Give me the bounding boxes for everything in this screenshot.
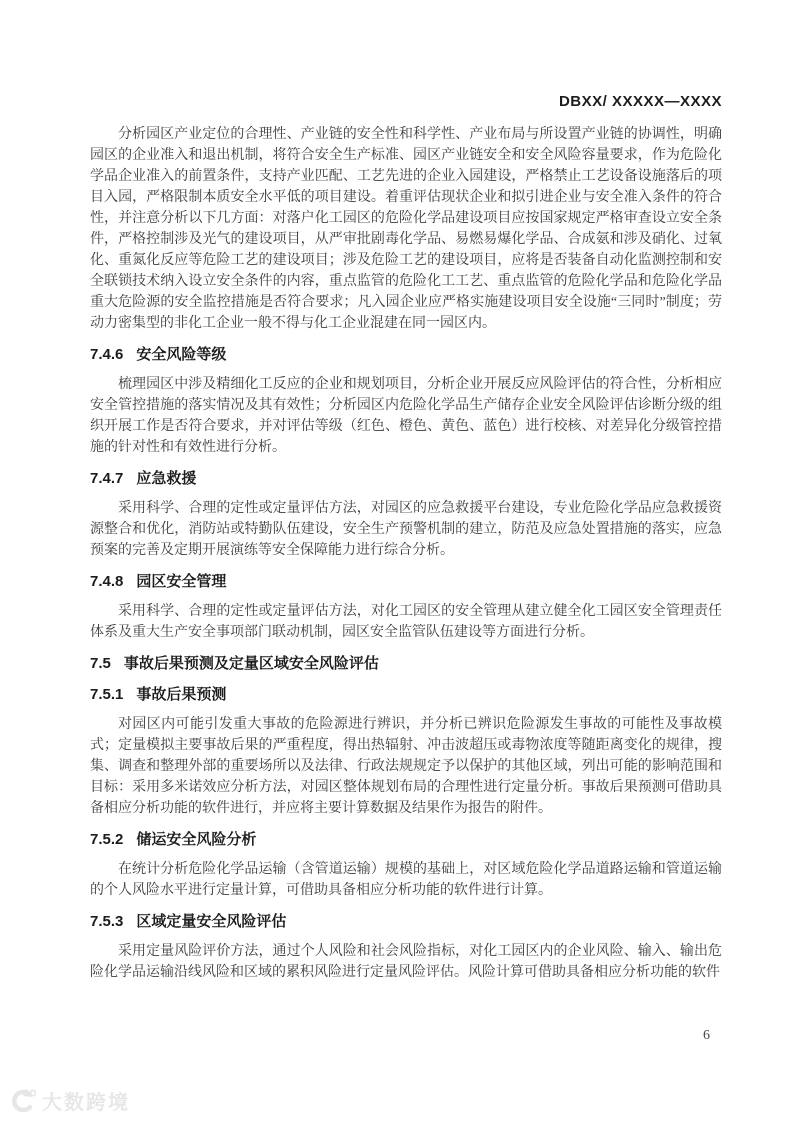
section-title: 应急救援: [136, 470, 196, 487]
section-title: 事故后果预测及定量区域安全风险评估: [124, 655, 379, 672]
section-heading: 7.4.7应急救援: [90, 469, 722, 489]
section-heading: 7.4.8园区安全管理: [90, 572, 722, 592]
section-7-4-7: 7.4.7应急救援 采用科学、合理的定性或定量评估方法，对园区的应急救援平台建设…: [90, 469, 722, 561]
section-heading: 7.5.1事故后果预测: [90, 685, 722, 705]
section-number: 7.5.3: [90, 913, 123, 930]
section-number: 7.5.2: [90, 831, 123, 848]
section-heading: 7.5.3区域定量安全风险评估: [90, 912, 722, 932]
section-heading: 7.5事故后果预测及定量区域安全风险评估: [90, 654, 722, 674]
section-title: 安全风险等级: [136, 346, 226, 363]
section-heading: 7.5.2储运安全风险分析: [90, 830, 722, 850]
section-paragraph: 采用科学、合理的定性或定量评估方法，对化工园区的安全管理从建立健全化工园区安全管…: [90, 601, 722, 643]
section-7-5-2: 7.5.2储运安全风险分析 在统计分析危险化学品运输（含管道运输）规模的基础上，…: [90, 830, 722, 901]
section-7-4-8: 7.4.8园区安全管理 采用科学、合理的定性或定量评估方法，对化工园区的安全管理…: [90, 572, 722, 643]
section-paragraph: 采用科学、合理的定性或定量评估方法，对园区的应急救援平台建设，专业危险化学品应急…: [90, 498, 722, 561]
document-content: 分析园区产业定位的合理性、产业链的安全性和科学性、产业布局与所设置产业链的协调性…: [90, 124, 722, 983]
section-number: 7.5: [90, 655, 111, 672]
watermark-logo-icon: [10, 1088, 36, 1114]
watermark: 大数跨境: [10, 1086, 130, 1115]
section-paragraph: 梳理园区中涉及精细化工反应的企业和规划项目，分析企业开展反应风险评估的符合性，分…: [90, 374, 722, 458]
watermark-text: 大数跨境: [42, 1086, 130, 1115]
page-number: 6: [703, 1028, 710, 1044]
intro-paragraph: 分析园区产业定位的合理性、产业链的安全性和科学性、产业布局与所设置产业链的协调性…: [90, 124, 722, 334]
section-number: 7.4.8: [90, 573, 123, 590]
section-7-5-1: 7.5.1事故后果预测 对园区内可能引发重大事故的危险源进行辨识，并分析已辨识危…: [90, 685, 722, 819]
section-heading: 7.4.6安全风险等级: [90, 345, 722, 365]
document-page: DBXX/ XXXXX—XXXX 分析园区产业定位的合理性、产业链的安全性和科学…: [0, 0, 793, 1122]
section-title: 园区安全管理: [136, 573, 226, 590]
section-paragraph: 对园区内可能引发重大事故的危险源进行辨识，并分析已辨识危险源发生事故的可能性及事…: [90, 714, 722, 819]
standard-code-header: DBXX/ XXXXX—XXXX: [559, 93, 722, 110]
section-paragraph: 在统计分析危险化学品运输（含管道运输）规模的基础上，对区域危险化学品道路运输和管…: [90, 859, 722, 901]
section-title: 事故后果预测: [136, 686, 226, 703]
section-title: 区域定量安全风险评估: [136, 913, 286, 930]
section-paragraph: 采用定量风险评价方法，通过个人风险和社会风险指标，对化工园区内的企业风险、输入、…: [90, 941, 722, 983]
section-7-5-3: 7.5.3区域定量安全风险评估 采用定量风险评价方法，通过个人风险和社会风险指标…: [90, 912, 722, 983]
section-7-4-6: 7.4.6安全风险等级 梳理园区中涉及精细化工反应的企业和规划项目，分析企业开展…: [90, 345, 722, 458]
section-number: 7.4.6: [90, 346, 123, 363]
section-number: 7.4.7: [90, 470, 123, 487]
section-7-5: 7.5事故后果预测及定量区域安全风险评估: [90, 654, 722, 674]
section-number: 7.5.1: [90, 686, 123, 703]
section-title: 储运安全风险分析: [136, 831, 256, 848]
